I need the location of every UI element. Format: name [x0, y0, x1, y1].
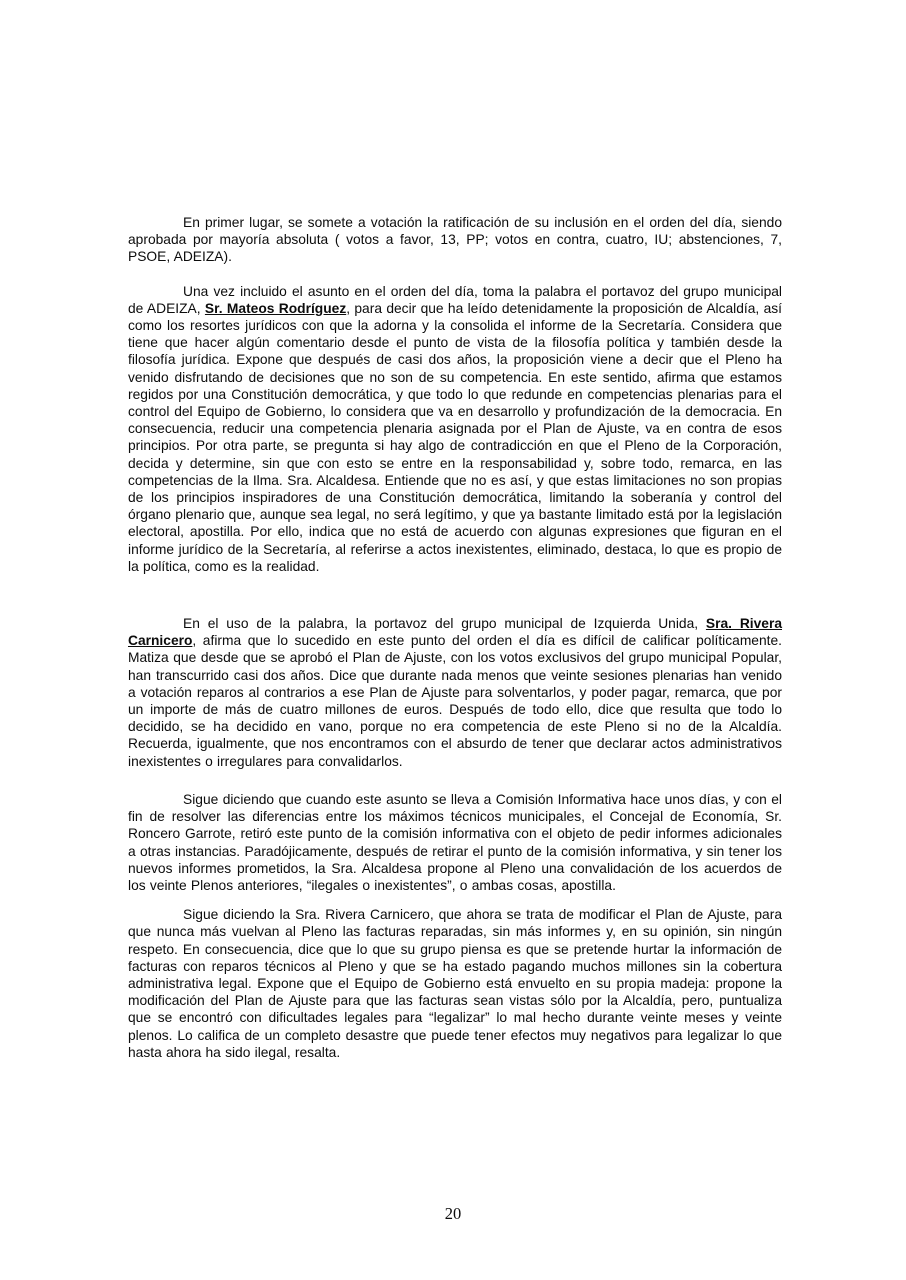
paragraph-text: Sigue diciendo que cuando este asunto se… — [128, 792, 782, 893]
paragraph-votacion-ratificacion: En primer lugar, se somete a votación la… — [128, 214, 782, 266]
paragraph-mateos-rodriguez: Una vez incluido el asunto en el orden d… — [128, 283, 782, 575]
paragraph-text: Sigue diciendo la Sra. Rivera Carnicero,… — [128, 907, 782, 1060]
speaker-name-mateos-rodriguez: Sr. Mateos Rodríguez — [205, 301, 346, 316]
document-body: En primer lugar, se somete a votación la… — [128, 214, 782, 1061]
paragraph-text: , para decir que ha leído detenidamente … — [128, 301, 782, 574]
paragraph-text: En primer lugar, se somete a votación la… — [128, 215, 782, 264]
page-number: 20 — [0, 1204, 906, 1224]
paragraph-rivera-carnicero: En el uso de la palabra, la portavoz del… — [128, 615, 782, 770]
paragraph-modificar-plan-ajuste: Sigue diciendo la Sra. Rivera Carnicero,… — [128, 906, 782, 1061]
paragraph-comision-informativa: Sigue diciendo que cuando este asunto se… — [128, 791, 782, 894]
paragraph-text: , afirma que lo sucedido en este punto d… — [128, 633, 782, 768]
paragraph-text: En el uso de la palabra, la portavoz del… — [183, 616, 706, 631]
